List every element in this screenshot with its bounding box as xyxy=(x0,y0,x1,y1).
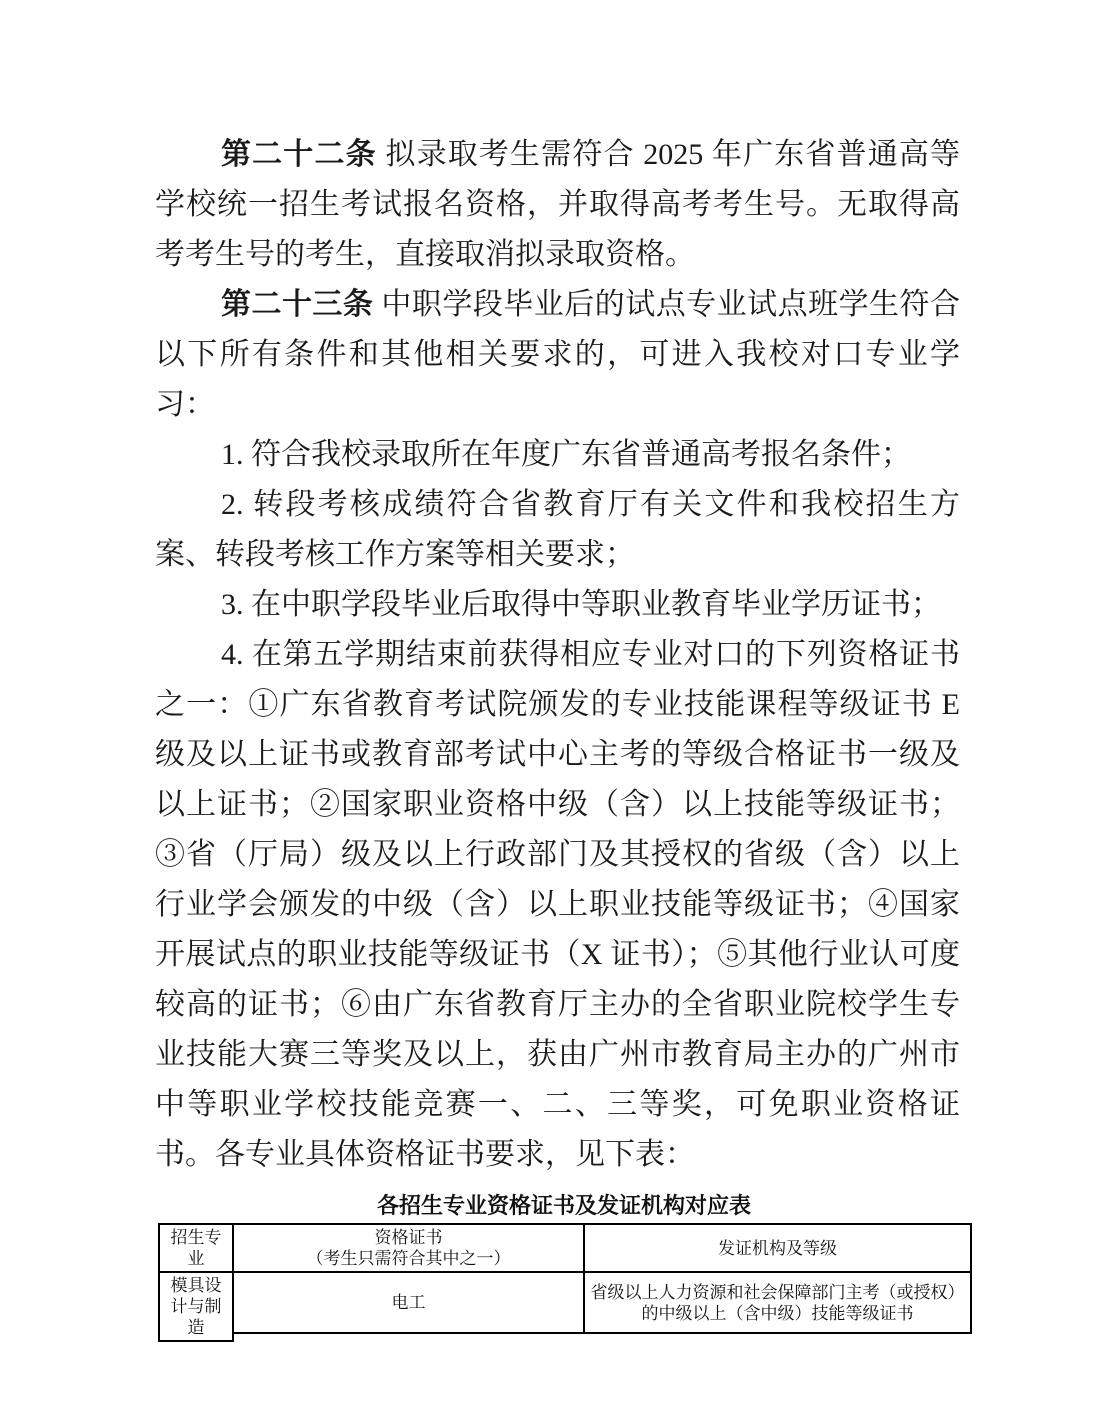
header-certificate-line2: （考生只需符合其中之一） xyxy=(237,1248,580,1269)
condition-4-text: 4. 在第五学期结束前获得相应专业对口的下列资格证书之一：①广东省教育考试院颁发… xyxy=(155,638,960,1171)
table-title: 各招生专业资格证书及发证机构对应表 xyxy=(158,1192,970,1220)
paragraph-article-22: 第二十二条 拟录取考生需符合 2025 年广东省普通高等学校统一招生考试报名资格… xyxy=(155,130,960,280)
header-cell-issuer: 发证机构及等级 xyxy=(584,1224,971,1272)
cutoff-cell-issuer xyxy=(584,1333,971,1341)
paragraph-condition-4: 4. 在第五学期结束前获得相应专业对口的下列资格证书之一：①广东省教育考试院颁发… xyxy=(155,630,960,1180)
paragraph-condition-3: 3. 在中职学段毕业后取得中等职业教育毕业学历证书； xyxy=(155,580,960,630)
document-page: { "page": { "background": "#ffffff", "te… xyxy=(0,0,1101,1425)
paragraph-condition-1: 1. 符合我校录取所在年度广东省普通高考报名条件； xyxy=(155,430,960,480)
header-cell-certificate: 资格证书 （考生只需符合其中之一） xyxy=(233,1224,584,1272)
cell-issuer: 省级以上人力资源和社会保障部门主考（或授权）的中级以上（含中级）技能等级证书 xyxy=(584,1272,971,1333)
condition-3-text: 3. 在中职学段毕业后取得中等职业教育毕业学历证书； xyxy=(221,588,941,621)
table-row-cutoff xyxy=(159,1333,971,1341)
paragraph-condition-2: 2. 转段考核成绩符合省教育厅有关文件和我校招生方案、转段考核工作方案等相关要求… xyxy=(155,480,960,580)
table-row: 模具设计与制造 电工 省级以上人力资源和社会保障部门主考（或授权）的中级以上（含… xyxy=(159,1272,971,1333)
document-body: 第二十二条 拟录取考生需符合 2025 年广东省普通高等学校统一招生考试报名资格… xyxy=(155,130,960,1342)
header-certificate-line1: 资格证书 xyxy=(237,1227,580,1248)
table-header-row: 招生专业 资格证书 （考生只需符合其中之一） 发证机构及等级 xyxy=(159,1224,971,1272)
cutoff-cell-certificate xyxy=(233,1333,584,1341)
cell-certificate: 电工 xyxy=(233,1272,584,1333)
header-cell-major: 招生专业 xyxy=(159,1224,233,1272)
article-22-number: 第二十二条 xyxy=(221,138,377,171)
condition-2-text: 2. 转段考核成绩符合省教育厅有关文件和我校招生方案、转段考核工作方案等相关要求… xyxy=(155,488,960,571)
certificate-table: 招生专业 资格证书 （考生只需符合其中之一） 发证机构及等级 模具设计与制造 电… xyxy=(158,1223,972,1342)
cell-major: 模具设计与制造 xyxy=(159,1272,233,1341)
paragraph-article-23: 第二十三条 中职学段毕业后的试点专业试点班学生符合以下所有条件和其他相关要求的，… xyxy=(155,280,960,430)
article-23-number: 第二十三条 xyxy=(221,288,373,321)
condition-1-text: 1. 符合我校录取所在年度广东省普通高考报名条件； xyxy=(221,438,911,471)
